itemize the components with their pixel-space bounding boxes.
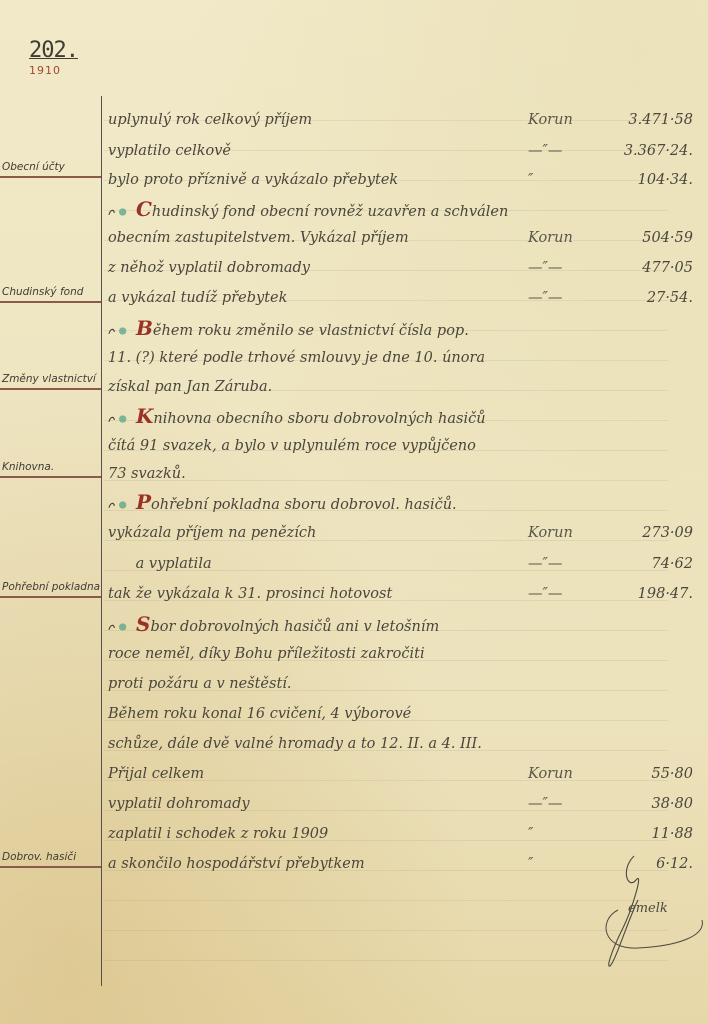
amount: 27·54. — [603, 286, 693, 310]
entry-text-content: schůze, dále dvě valné hromady a to 12. … — [108, 736, 482, 752]
entry-text: Přijal celkem — [108, 762, 204, 786]
red-initial: C — [136, 197, 152, 221]
margin-label: Změny vlastnictví — [0, 370, 101, 390]
entry-text: a skončilo hospodářství přebytkem — [108, 852, 365, 876]
ruling-line — [104, 900, 668, 901]
entry-line: 11. (?) které podle trhové smlouvy je dn… — [108, 346, 693, 370]
entry-text-content: vykázala příjem na penězích — [108, 525, 316, 541]
entry-text: tak že vykázala k 31. prosinci hotovost — [108, 582, 392, 606]
entry-text-content: Během roku konal 16 cvičení, 4 výborové — [108, 706, 411, 722]
ruling-line — [104, 930, 668, 931]
entry-text: zaplatil i schodek z roku 1909 — [108, 822, 328, 846]
red-initial: K — [136, 404, 153, 428]
section-mark-icon — [108, 206, 130, 218]
entry-line: vykázala příjem na penězíchKorun273·09 — [108, 521, 693, 545]
entry-line: Knihovna obecního sboru dobrovolných has… — [108, 404, 693, 428]
amount: 3.471·58 — [603, 108, 693, 132]
entry-text-content: získal pan Jan Záruba. — [108, 379, 272, 395]
entry-line: získal pan Jan Záruba. — [108, 375, 693, 399]
entry-text-content: uplynulý rok celkový příjem — [108, 112, 312, 128]
chronicle-page: 202. 1910 Obecní účty Chudinský fond Změ… — [0, 0, 708, 1024]
amount: 273·09 — [603, 521, 693, 545]
currency-ditto: —″— — [528, 552, 562, 576]
entry-text: 73 svazků. — [108, 462, 186, 486]
amount: 504·59 — [603, 226, 693, 250]
entry-text-content: bylo proto příznivě a vykázalo přebytek — [108, 172, 398, 188]
entry-text-content: bor dobrovolných hasičů ani v letošním — [150, 619, 439, 635]
entry-text: vyplatilo celkově — [108, 139, 231, 163]
entry-line: schůze, dále dvě valné hromady a to 12. … — [108, 732, 693, 756]
margin-label: Pohřební pokladna — [0, 578, 101, 598]
page-year: 1910 — [29, 64, 61, 77]
entry-line: a vyplatila—″—74·62 — [108, 552, 693, 576]
entry-line: uplynulý rok celkový příjemKorun3.471·58 — [108, 108, 693, 132]
entry-text-content: vyplatilo celkově — [108, 143, 231, 159]
margin-label: Chudinský fond — [0, 283, 101, 303]
entry-text: bylo proto příznivě a vykázalo přebytek — [108, 168, 398, 192]
currency-ditto: —″— — [528, 139, 562, 163]
entry-text: vyplatil dohromady — [108, 792, 250, 816]
entry-line: Během roku konal 16 cvičení, 4 výborové — [108, 702, 693, 726]
red-initial: P — [136, 490, 151, 514]
entry-text: získal pan Jan Záruba. — [108, 375, 272, 399]
section-mark-icon — [108, 621, 130, 633]
entry-line: zaplatil i schodek z roku 1909″11·88 — [108, 822, 693, 846]
entry-text-content: roce neměl, díky Bohu příležitosti zakro… — [108, 646, 425, 662]
amount: 3.367·24. — [603, 139, 693, 163]
entry-text-content: a vykázal tudíž přebytek — [108, 290, 287, 306]
currency-ditto: —″— — [528, 582, 562, 606]
amount: 38·80 — [603, 792, 693, 816]
margin-label: Knihovna. — [0, 458, 101, 478]
amount: 55·80 — [603, 762, 693, 786]
entry-line: proti požáru a v neštěstí. — [108, 672, 693, 696]
entry-line: bylo proto příznivě a vykázalo přebytek″… — [108, 168, 693, 192]
ruling-line — [104, 960, 668, 961]
signature-icon: emelk — [598, 850, 708, 970]
amount: 104·34. — [603, 168, 693, 192]
entry-text: Knihovna obecního sboru dobrovolných has… — [108, 404, 486, 431]
entry-line: tak že vykázala k 31. prosinci hotovost—… — [108, 582, 693, 606]
entry-text: Během roku změnilo se vlastnictví čísla … — [108, 316, 469, 343]
entry-text: čítá 91 svazek, a bylo v uplynulém roce … — [108, 434, 476, 458]
currency-ditto: Korun — [528, 108, 573, 132]
currency-ditto: Korun — [528, 762, 573, 786]
svg-text:emelk: emelk — [628, 901, 668, 916]
entry-text: a vyplatila — [108, 552, 212, 576]
currency-ditto: ″ — [528, 852, 533, 876]
entry-line: čítá 91 svazek, a bylo v uplynulém roce … — [108, 434, 693, 458]
margin-label: Dobrov. hasiči — [0, 848, 101, 868]
entry-text-content: Přijal celkem — [108, 766, 204, 782]
entry-text-content: vyplatil dohromady — [108, 796, 250, 812]
entry-text: uplynulý rok celkový příjem — [108, 108, 312, 132]
currency-ditto: —″— — [528, 286, 562, 310]
entry-text: Během roku konal 16 cvičení, 4 výborové — [108, 702, 411, 726]
amount: 198·47. — [603, 582, 693, 606]
entry-text: Sbor dobrovolných hasičů ani v letošním — [108, 612, 439, 639]
entry-text-content: z něhož vyplatil dobromady — [108, 260, 310, 276]
currency-ditto: ″ — [528, 168, 533, 192]
entry-text: Chudinský fond obecní rovněž uzavřen a s… — [108, 197, 508, 224]
entry-text-content: 73 svazků. — [108, 466, 186, 482]
entry-text-content: obecním zastupitelstvem. Vykázal příjem — [108, 230, 409, 246]
entry-line: Přijal celkemKorun55·80 — [108, 762, 693, 786]
currency-ditto: —″— — [528, 256, 562, 280]
entry-text: roce neměl, díky Bohu příležitosti zakro… — [108, 642, 425, 666]
entry-text: z něhož vyplatil dobromady — [108, 256, 310, 280]
currency-ditto: Korun — [528, 226, 573, 250]
entry-text-content: tak že vykázala k 31. prosinci hotovost — [108, 586, 392, 602]
red-initial: S — [136, 612, 150, 636]
entry-text-content: 11. (?) které podle trhové smlouvy je dn… — [108, 350, 485, 366]
amount: 477·05 — [603, 256, 693, 280]
section-mark-icon — [108, 499, 130, 511]
entry-line: a vykázal tudíž přebytek—″—27·54. — [108, 286, 693, 310]
entry-text-content: ohřební pokladna sboru dobrovol. hasičů. — [151, 497, 457, 513]
section-mark-icon — [108, 325, 130, 337]
red-initial: B — [136, 316, 153, 340]
margin-label: Obecní účty — [0, 158, 101, 178]
entry-text: proti požáru a v neštěstí. — [108, 672, 292, 696]
entry-line: obecním zastupitelstvem. Vykázal příjemK… — [108, 226, 693, 250]
page-number: 202. — [29, 38, 78, 63]
section-mark-icon — [108, 413, 130, 425]
entry-text: Pohřební pokladna sboru dobrovol. hasičů… — [108, 490, 457, 517]
amount: 11·88 — [603, 822, 693, 846]
currency-ditto: Korun — [528, 521, 573, 545]
entry-line: Chudinský fond obecní rovněž uzavřen a s… — [108, 197, 693, 221]
entry-line: Během roku změnilo se vlastnictví čísla … — [108, 316, 693, 340]
entry-text: 11. (?) které podle trhové smlouvy je dn… — [108, 346, 485, 370]
entry-text-content: ěhem roku změnilo se vlastnictví čísla p… — [153, 323, 469, 339]
currency-ditto: —″— — [528, 792, 562, 816]
entry-text-content: zaplatil i schodek z roku 1909 — [108, 826, 328, 842]
entry-text-content: a skončilo hospodářství přebytkem — [108, 856, 365, 872]
entry-text-content: hudinský fond obecní rovněž uzavřen a sc… — [152, 204, 508, 220]
entry-line: vyplatil dohromady—″—38·80 — [108, 792, 693, 816]
entry-line: roce neměl, díky Bohu příležitosti zakro… — [108, 642, 693, 666]
currency-ditto: ″ — [528, 822, 533, 846]
amount: 74·62 — [603, 552, 693, 576]
entry-text-content: a vyplatila — [108, 556, 212, 572]
entry-text-content: čítá 91 svazek, a bylo v uplynulém roce … — [108, 438, 476, 454]
entry-text: schůze, dále dvě valné hromady a to 12. … — [108, 732, 482, 756]
margin-rule — [101, 96, 102, 986]
entry-text-content: proti požáru a v neštěstí. — [108, 676, 292, 692]
entry-line: 73 svazků. — [108, 462, 693, 486]
entry-text-content: nihovna obecního sboru dobrovolných hasi… — [153, 411, 485, 427]
entry-line: Sbor dobrovolných hasičů ani v letošním — [108, 612, 693, 636]
entry-line: vyplatilo celkově—″—3.367·24. — [108, 139, 693, 163]
entry-text: vykázala příjem na penězích — [108, 521, 316, 545]
entry-line: Pohřební pokladna sboru dobrovol. hasičů… — [108, 490, 693, 514]
entry-line: z něhož vyplatil dobromady—″—477·05 — [108, 256, 693, 280]
entry-text: a vykázal tudíž přebytek — [108, 286, 287, 310]
entry-text: obecním zastupitelstvem. Vykázal příjem — [108, 226, 409, 250]
